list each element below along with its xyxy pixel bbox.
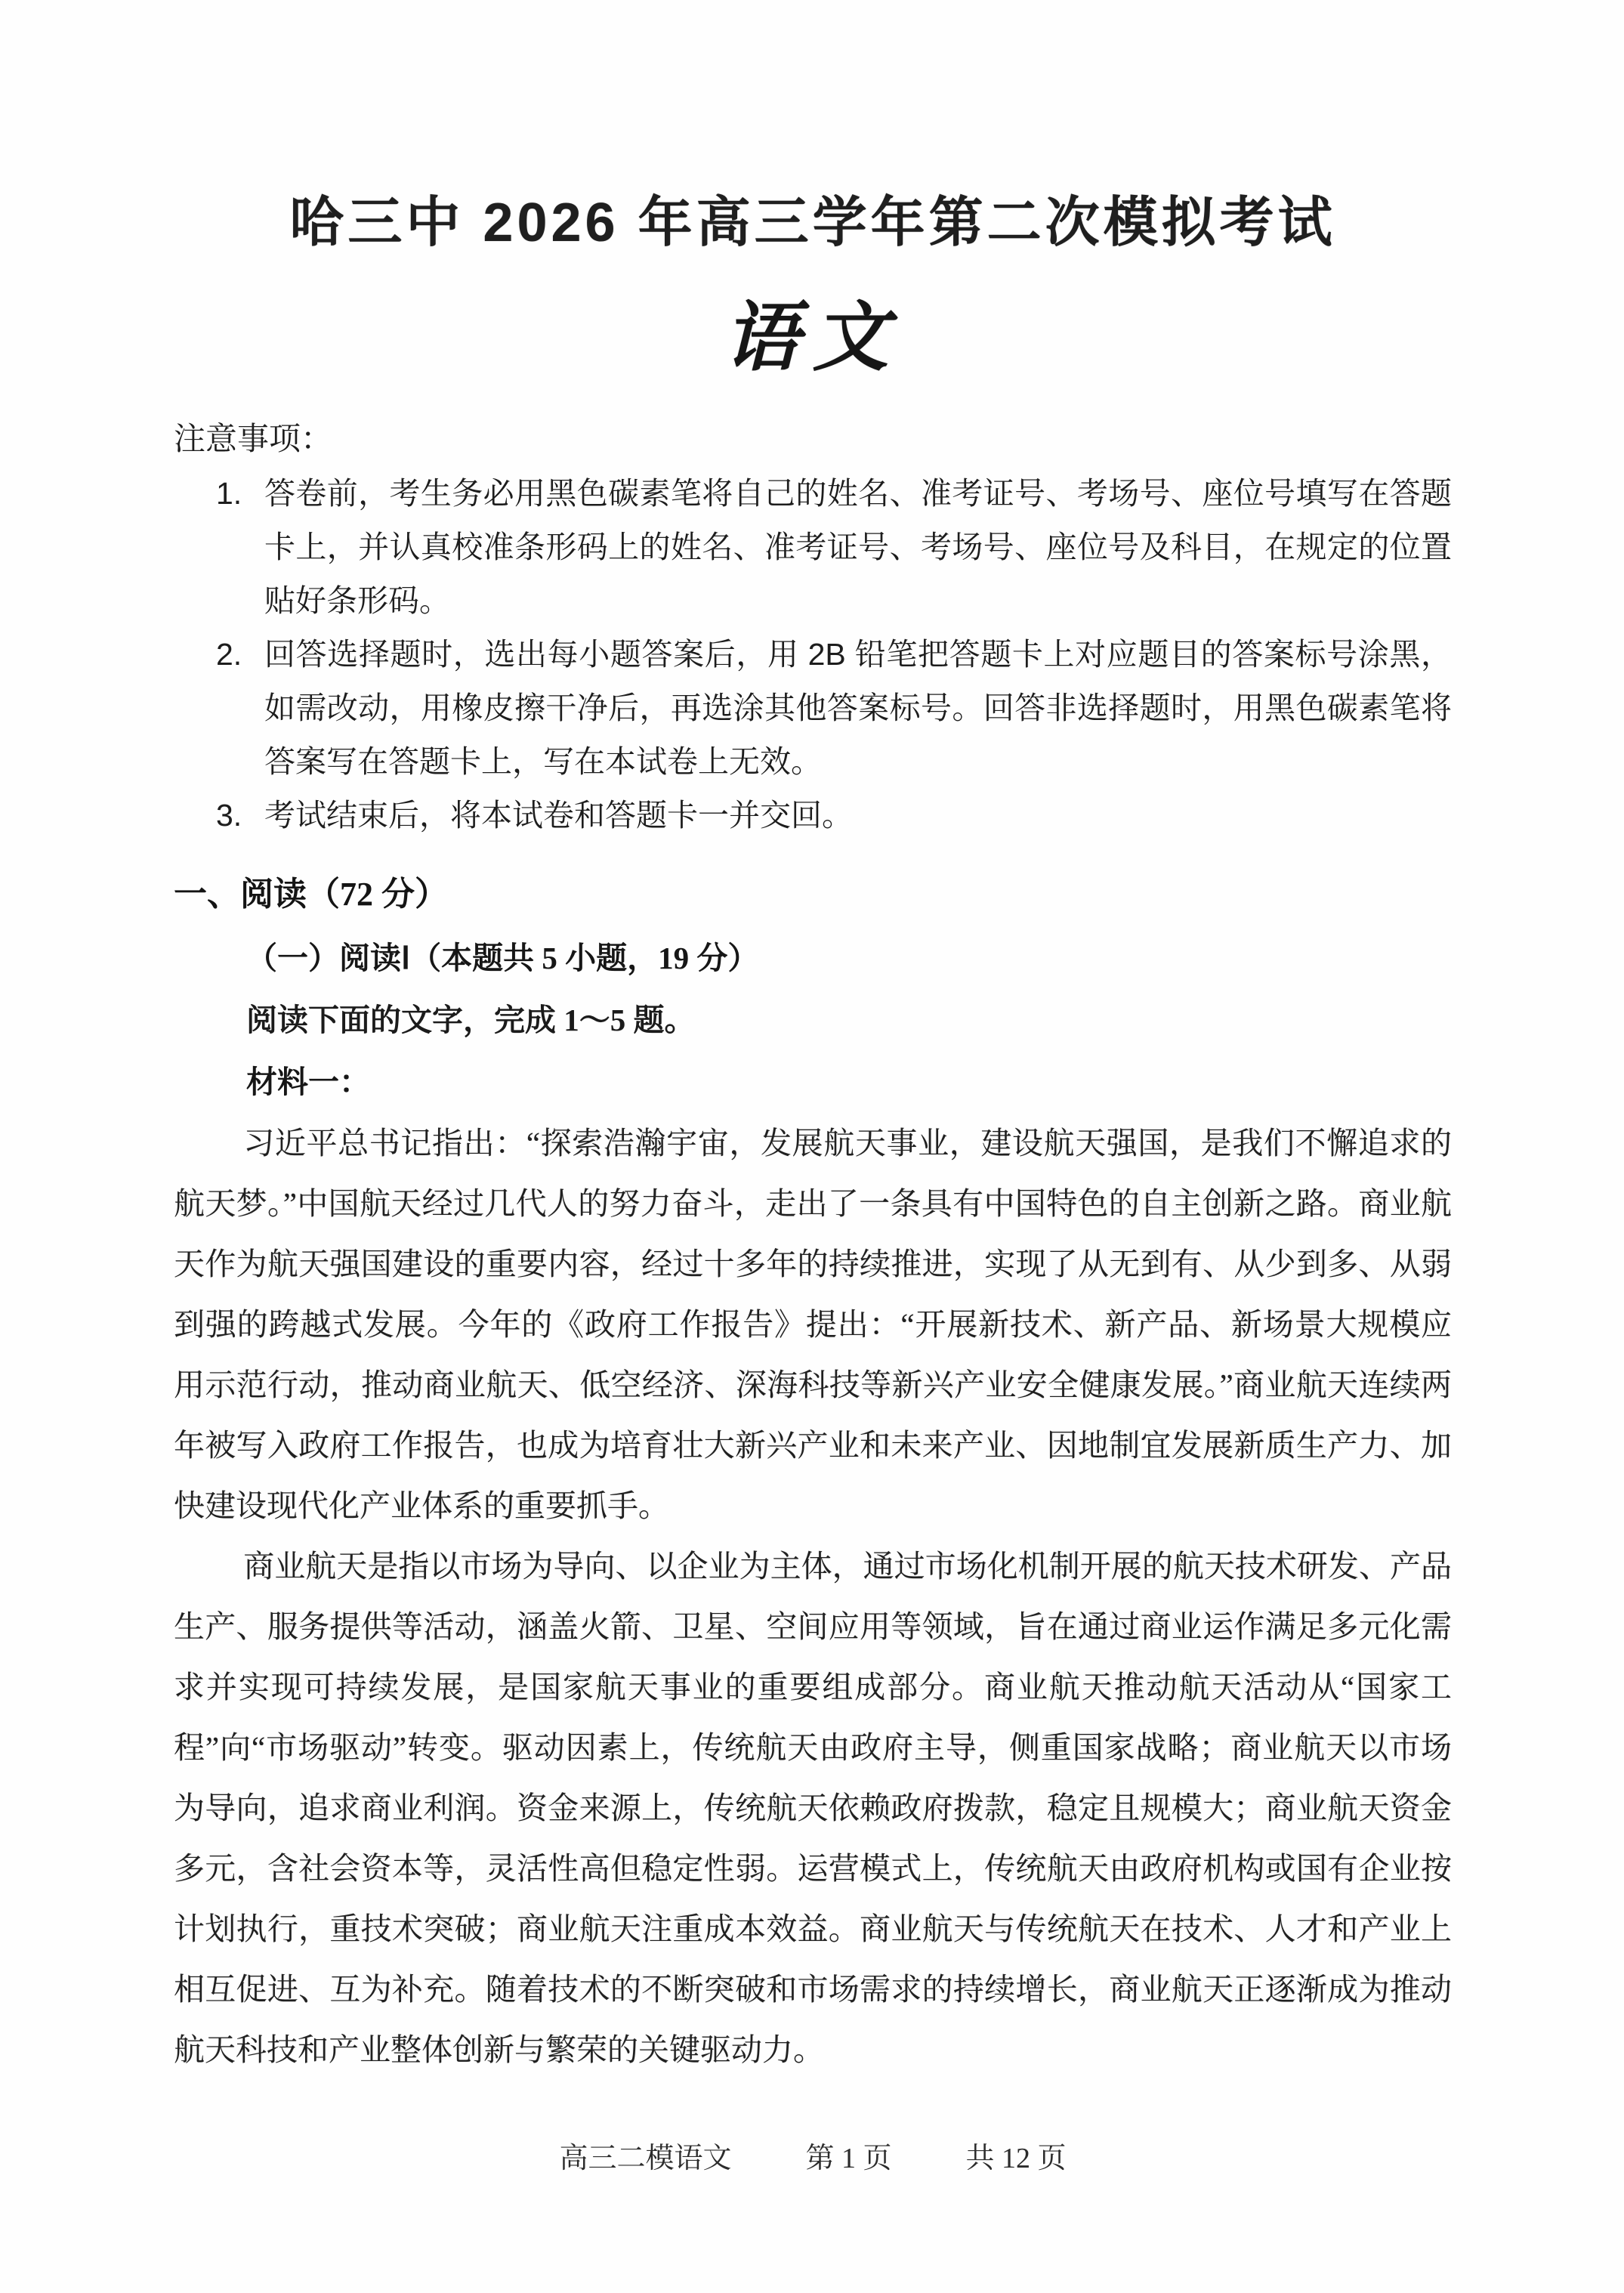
notice-item-3-number: 3.: [216, 789, 264, 842]
exam-subject: 语文: [174, 277, 1452, 385]
notice-item-1: 1. 答卷前，考生务必用黑色碳素笔将自己的姓名、准考证号、考场号、座位号填写在答…: [174, 467, 1452, 628]
part-heading-reading: 一、阅读（72 分）: [174, 862, 1452, 927]
notice-item-2: 2. 回答选择题时，选出每小题答案后，用 2B 铅笔把答题卡上对应题目的答案标号…: [174, 628, 1452, 789]
material-paragraph-2: 商业航天是指以市场为导向、以企业为主体，通过市场化机制开展的航天技术研发、产品生…: [174, 1536, 1452, 2080]
material-paragraph-1: 习近平总书记指出：“探索浩瀚宇宙，发展航天事业，建设航天强国，是我们不懈追求的航…: [174, 1113, 1452, 1536]
exam-paper-page: 哈三中 2026 年高三学年第二次模拟考试 语文 注意事项： 1. 答卷前，考生…: [0, 0, 1624, 2293]
page-footer: 高三二模语文 第 1 页 共 12 页: [174, 2134, 1452, 2176]
footer-page-number: 第 1 页: [805, 2134, 891, 2176]
footer-total-pages: 共 12 页: [966, 2134, 1067, 2176]
reading-section: 一、阅读（72 分） （一）阅读Ⅰ（本题共 5 小题，19 分） 阅读下面的文字…: [174, 862, 1452, 2080]
sub-heading-reading-1: （一）阅读Ⅰ（本题共 5 小题，19 分）: [174, 927, 1452, 989]
notice-item-1-number: 1.: [216, 467, 264, 628]
notices-section: 注意事项： 1. 答卷前，考生务必用黑色碳素笔将自己的姓名、准考证号、考场号、座…: [174, 411, 1452, 842]
footer-doc-label: 高三二模语文: [559, 2134, 731, 2176]
material-one-label: 材料一：: [174, 1051, 1452, 1113]
notice-item-2-text: 回答选择题时，选出每小题答案后，用 2B 铅笔把答题卡上对应题目的答案标号涂黑，…: [264, 628, 1452, 789]
notice-item-2-number: 2.: [216, 628, 264, 789]
notice-item-3: 3. 考试结束后，将本试卷和答题卡一并交回。: [174, 789, 1452, 842]
notice-item-1-text: 答卷前，考生务必用黑色碳素笔将自己的姓名、准考证号、考场号、座位号填写在答题卡上…: [264, 467, 1452, 628]
notice-item-3-text: 考试结束后，将本试卷和答题卡一并交回。: [264, 789, 1452, 842]
notices-heading: 注意事项：: [174, 411, 1452, 467]
reading-instruction: 阅读下面的文字，完成 1～5 题。: [174, 989, 1452, 1051]
exam-title: 哈三中 2026 年高三学年第二次模拟考试: [174, 178, 1452, 257]
